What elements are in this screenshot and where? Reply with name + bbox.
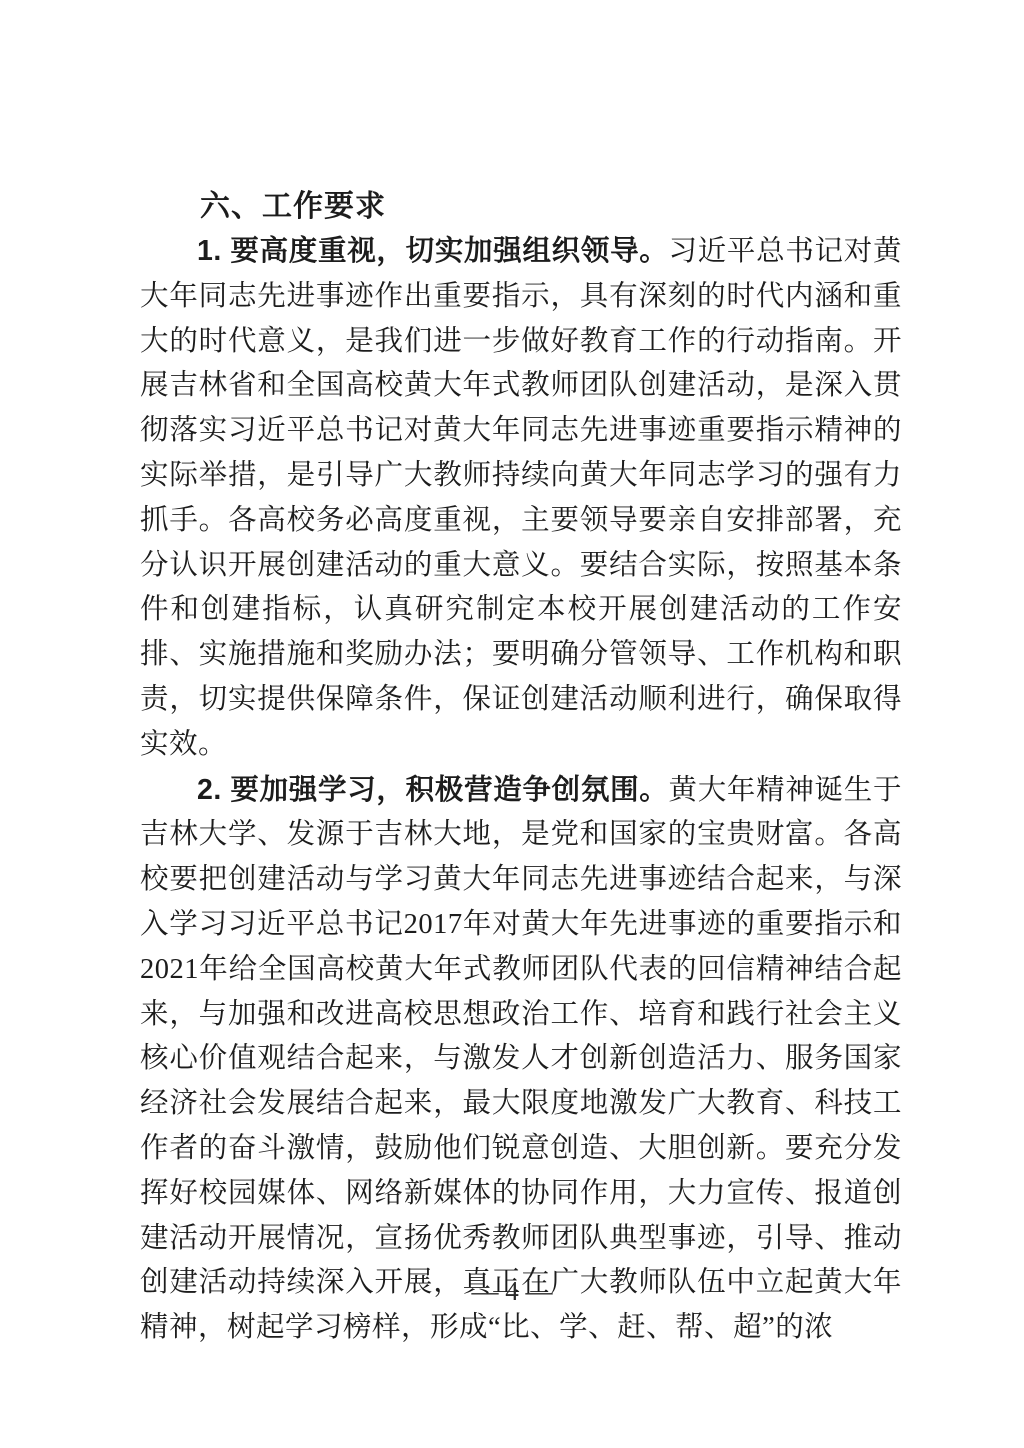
paragraph-2-text: 黄大年精神诞生于吉林大学、发源于吉林大地，是党和国家的宝贵财富。各高校要把创建活…	[140, 775, 902, 1344]
paragraph-2: 2. 要加强学习，积极营造争创氛围。黄大年精神诞生于吉林大学、发源于吉林大地，是…	[140, 768, 902, 1351]
document-body: 六、工作要求 1. 要高度重视，切实加强组织领导。习近平总书记对黄大年同志先进事…	[140, 184, 902, 1351]
paragraph-2-lead: 2. 要加强学习，积极营造争创氛围。	[197, 774, 669, 806]
section-heading: 六、工作要求	[140, 184, 902, 229]
page-number: — 4 —	[0, 1276, 1024, 1307]
paragraph-1-text: 习近平总书记对黄大年同志先进事迹作出重要指示，具有深刻的时代内涵和重大的时代意义…	[140, 236, 902, 760]
document-page: 六、工作要求 1. 要高度重视，切实加强组织领导。习近平总书记对黄大年同志先进事…	[0, 0, 1024, 1448]
paragraph-1-lead: 1. 要高度重视，切实加强组织领导。	[197, 235, 669, 267]
paragraph-1: 1. 要高度重视，切实加强组织领导。习近平总书记对黄大年同志先进事迹作出重要指示…	[140, 229, 902, 768]
